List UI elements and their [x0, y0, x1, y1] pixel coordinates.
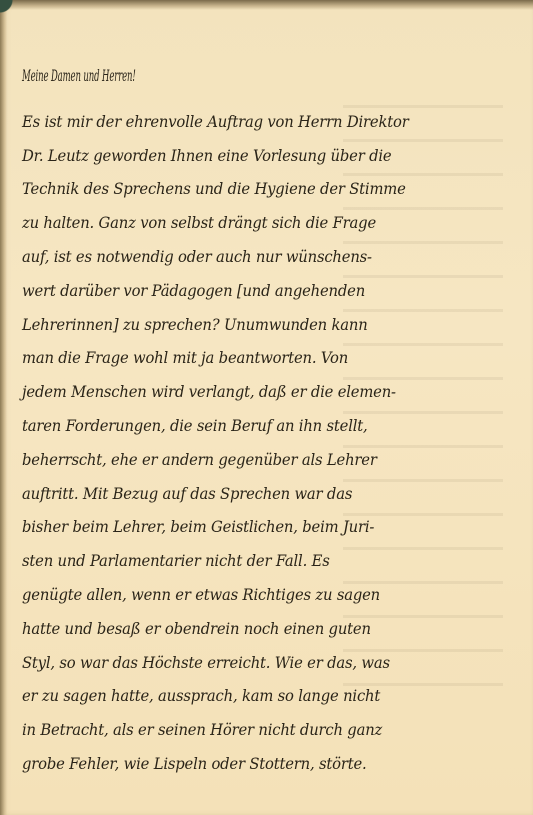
text-line: sten und Parlamentarier nicht der Fall. … [22, 545, 492, 579]
text-line: Styl, so war das Höchste erreicht. Wie e… [22, 647, 492, 681]
text-line: in Betracht, als er seinen Hörer nicht d… [22, 714, 492, 748]
text-line: auftritt. Mit Bezug auf das Sprechen war… [22, 478, 492, 512]
text-line: grobe Fehler, wie Lispeln oder Stottern,… [22, 748, 492, 782]
text-line: Dr. Leutz geworden Ihnen eine Vorlesung … [22, 140, 492, 174]
text-line: Lehrerinnen] zu sprechen? Unumwunden kan… [22, 309, 492, 343]
text-line: bisher beim Lehrer, beim Geistlichen, be… [22, 511, 492, 545]
handwritten-text: Meine Damen und Herren! Es ist mir der e… [22, 60, 515, 782]
text-line: zu halten. Ganz von selbst drängt sich d… [22, 207, 492, 241]
text-line: hatte und besaß er obendrein noch einen … [22, 613, 492, 647]
text-line: genügte allen, wenn er etwas Richtiges z… [22, 579, 492, 613]
text-line: man die Frage wohl mit ja beantworten. V… [22, 342, 492, 376]
text-line: jedem Menschen wird verlangt, daß er die… [22, 376, 492, 410]
text-line: wert darüber vor Pädagogen [und angehend… [22, 275, 492, 309]
text-line: auf, ist es notwendig oder auch nur wüns… [22, 241, 492, 275]
page-top-edge [0, 0, 533, 10]
text-line: er zu sagen hatte, aussprach, kam so lan… [22, 680, 492, 714]
text-line: beherrscht, ehe er andern gegenüber als … [22, 444, 492, 478]
greeting-line: Meine Damen und Herren! [22, 60, 292, 94]
book-cover-corner [0, 0, 30, 14]
page-binding-edge [0, 0, 7, 815]
text-line: Technik des Sprechens und die Hygiene de… [22, 173, 492, 207]
manuscript-page: Meine Damen und Herren! Es ist mir der e… [0, 0, 533, 815]
text-line: Es ist mir der ehrenvolle Auftrag von He… [22, 106, 492, 140]
text-line: taren Forderungen, die sein Beruf an ihn… [22, 410, 492, 444]
